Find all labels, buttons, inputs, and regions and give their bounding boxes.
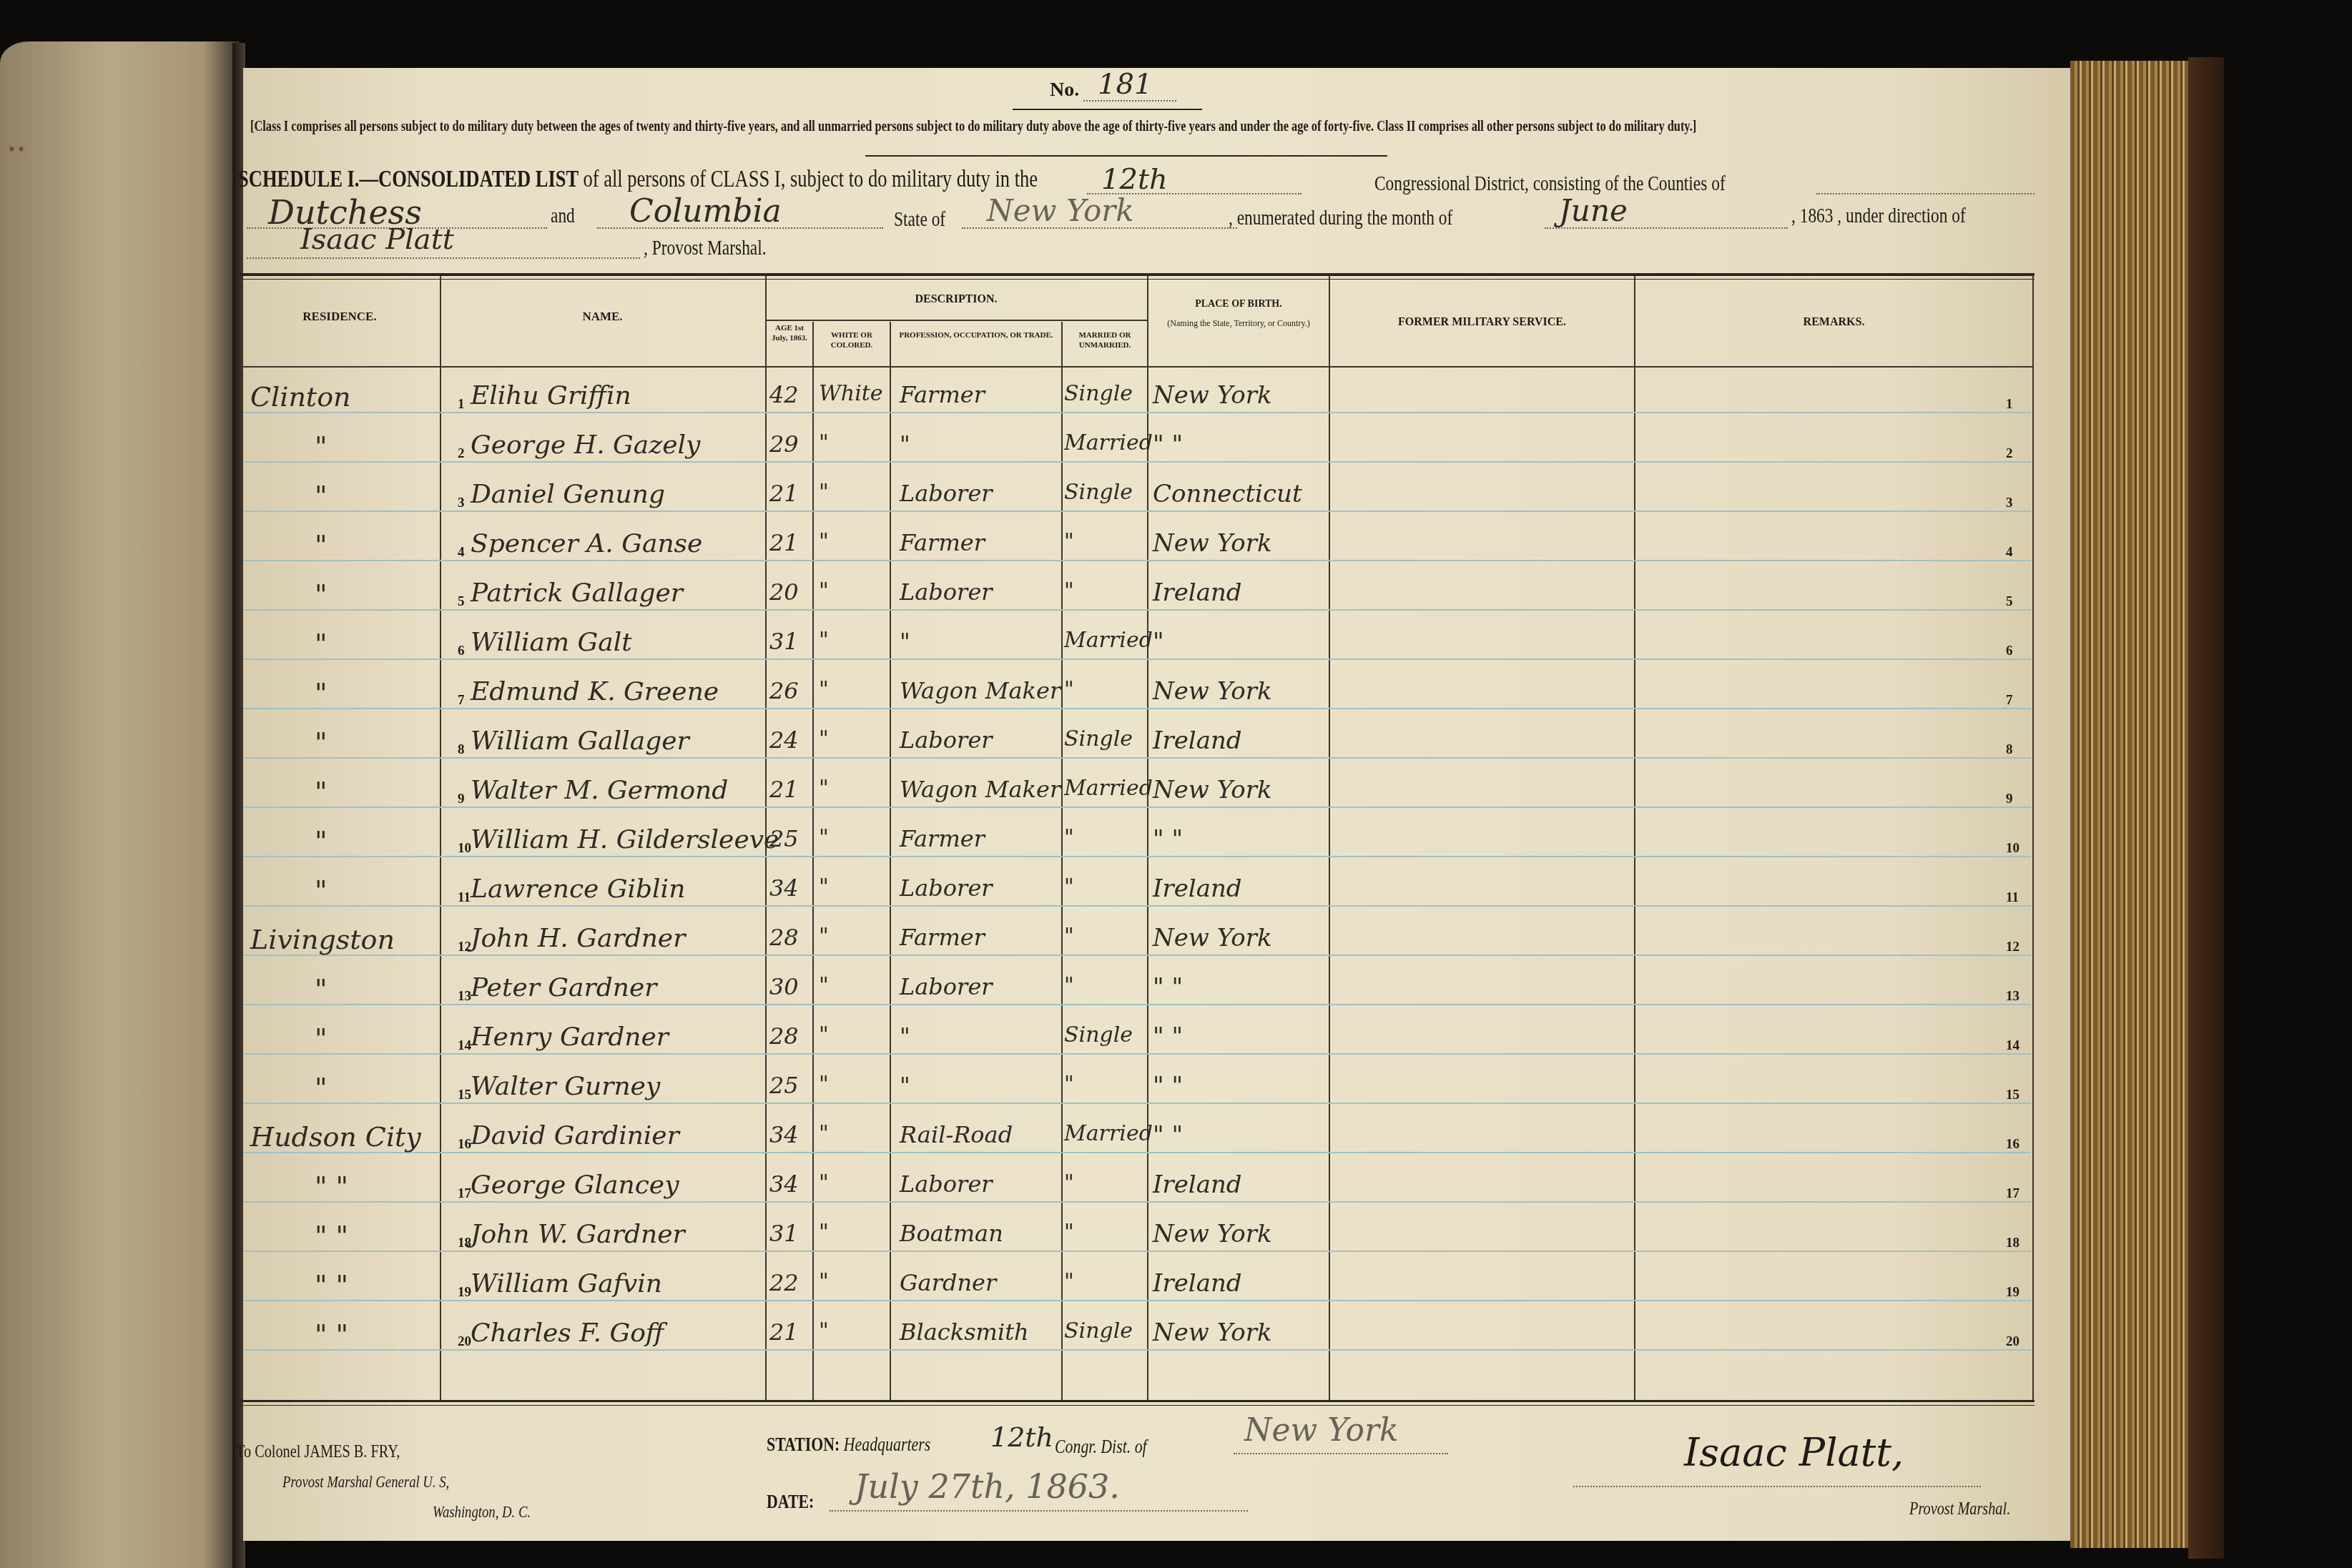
name-cell: David Gardinier <box>471 1121 679 1150</box>
station-line: STATION: Headquarters <box>767 1434 930 1456</box>
name-cell: William Gafvin <box>471 1269 662 1298</box>
residence-cell: " <box>315 529 327 561</box>
row-number-right: 18 <box>2006 1236 2019 1251</box>
header-bottom-rule <box>240 366 2032 368</box>
name-cell: Charles F. Goff <box>471 1318 664 1348</box>
row-number-right: 20 <box>2006 1334 2019 1350</box>
row-number: 15 <box>458 1088 471 1103</box>
district-text: Congressional District, consisting of th… <box>1374 172 1726 196</box>
married-cell: Single <box>1064 1318 1133 1343</box>
row-number: 11 <box>458 890 471 906</box>
col-line <box>1061 322 1063 1400</box>
color-cell: " <box>819 1269 829 1294</box>
row-number-right: 7 <box>2006 693 2013 709</box>
enumerated-text: , enumerated during the month of <box>1229 206 1452 230</box>
ruled-line <box>243 461 2031 463</box>
married-cell: Single <box>1064 726 1133 751</box>
age-cell: 34 <box>769 874 799 902</box>
residence-cell: " <box>315 480 327 511</box>
name-cell: Walter Gurney <box>471 1072 660 1101</box>
married-cell: " <box>1064 1220 1074 1245</box>
ruled-line <box>243 560 2031 561</box>
married-cell: " <box>1064 1072 1074 1097</box>
color-cell: " <box>819 874 829 899</box>
header-age: AGE 1st July, 1863. <box>767 323 812 343</box>
profession-cell: Farmer <box>900 529 985 556</box>
name-cell: Daniel Genung <box>471 480 665 509</box>
married-cell: " <box>1064 825 1074 850</box>
age-cell: 21 <box>769 1318 799 1346</box>
married-cell: Married <box>1064 1121 1153 1146</box>
name-cell: Lawrence Giblin <box>471 874 685 904</box>
profession-cell: Rail-Road <box>900 1121 1013 1148</box>
residence-cell: " <box>315 1022 327 1054</box>
row-number-right: 3 <box>2006 495 2013 511</box>
row-number: 10 <box>458 841 471 857</box>
residence-cell: " " <box>315 1170 348 1202</box>
district-value: 12th <box>1101 163 1168 196</box>
row-number: 4 <box>458 545 465 561</box>
document-number: 181 <box>1098 68 1152 101</box>
age-cell: 21 <box>769 529 799 556</box>
residence-cell: " <box>315 1072 327 1103</box>
age-cell: 31 <box>769 1220 799 1247</box>
birth-cell: " " <box>1153 1072 1183 1100</box>
row-number-right: 1 <box>2006 397 2013 413</box>
birth-cell: New York <box>1153 677 1272 706</box>
row-number: 17 <box>458 1186 471 1202</box>
color-cell: White <box>819 381 883 406</box>
col-line <box>812 322 814 1400</box>
married-cell: Single <box>1064 1022 1133 1047</box>
birth-cell: New York <box>1153 381 1272 410</box>
col-line <box>440 276 441 1400</box>
age-cell: 28 <box>769 1022 799 1050</box>
title-rule <box>865 155 1387 157</box>
residence-cell: " <box>315 776 327 807</box>
col-line <box>890 322 891 1400</box>
married-cell: Married <box>1064 776 1153 801</box>
and-label: and <box>551 204 575 228</box>
marshal-underline <box>247 257 640 259</box>
schedule-title-text: SCHEDULE I.—CONSOLIDATED LIST <box>238 166 579 192</box>
header-birth-sub: (Naming the State, Territory, or Country… <box>1156 318 1322 329</box>
color-cell: " <box>819 825 829 850</box>
marshal-suffix: , Provost Marshal. <box>644 236 767 260</box>
birth-cell: " " <box>1153 825 1183 854</box>
name-cell: George H. Gazely <box>471 430 700 460</box>
row-number: 2 <box>458 446 465 462</box>
row-number-right: 13 <box>2006 989 2019 1005</box>
age-cell: 28 <box>769 924 799 951</box>
age-cell: 30 <box>769 973 799 1000</box>
table-bottom-rule-2 <box>240 1405 2034 1406</box>
color-cell: " <box>819 924 829 949</box>
color-cell: " <box>819 677 829 702</box>
residence-cell: " <box>315 677 327 709</box>
row-number-right: 15 <box>2006 1088 2019 1103</box>
header-former-service: FORMER MILITARY SERVICE. <box>1330 316 1634 329</box>
married-cell: " <box>1064 677 1074 702</box>
signature-underline <box>1573 1486 1981 1487</box>
name-cell: John W. Gardner <box>471 1220 685 1249</box>
birth-cell: Ireland <box>1153 1269 1242 1298</box>
married-cell: " <box>1064 973 1074 998</box>
header-birth: PLACE OF BIRTH. <box>1148 299 1329 310</box>
married-cell: Single <box>1064 381 1133 406</box>
col-line <box>1329 276 1330 1400</box>
married-cell: Married <box>1064 628 1153 653</box>
month-value: June <box>1559 193 1628 228</box>
name-cell: Spencer A. Ganse <box>471 529 702 558</box>
profession-cell: " <box>900 628 910 655</box>
residence-cell: " <box>315 825 327 857</box>
color-cell: " <box>819 529 829 554</box>
color-cell: " <box>819 578 829 603</box>
row-number-right: 4 <box>2006 545 2013 561</box>
profession-cell: Laborer <box>900 726 993 754</box>
profession-cell: Laborer <box>900 973 993 1000</box>
birth-cell: " " <box>1153 430 1183 459</box>
residence-cell: " <box>315 628 327 659</box>
ruled-line <box>243 609 2031 611</box>
name-cell: William Galt <box>471 628 632 657</box>
signature-title: Provost Marshal. <box>1909 1498 2010 1519</box>
name-cell: Walter M. Germond <box>471 776 728 805</box>
ruled-line <box>243 757 2031 759</box>
profession-cell: Wagon Maker <box>900 677 1061 704</box>
table-top-rule-2 <box>240 279 2034 280</box>
col-line <box>1634 276 1635 1400</box>
year-text: , 1863 , under direction of <box>1791 204 1966 228</box>
color-cell: " <box>819 1022 829 1047</box>
row-number: 1 <box>458 397 465 413</box>
profession-cell: Laborer <box>900 1170 993 1198</box>
residence-cell: Livingston <box>250 924 395 955</box>
state-value: New York <box>987 193 1134 228</box>
color-cell: " <box>819 1220 829 1245</box>
married-cell: " <box>1064 1170 1074 1195</box>
name-cell: William H. Gildersleeve <box>471 825 779 854</box>
color-cell: " <box>819 480 829 505</box>
color-cell: " <box>819 726 829 751</box>
marshal-name: Isaac Platt <box>300 223 454 256</box>
row-number-right: 17 <box>2006 1186 2019 1202</box>
birth-cell: " <box>1153 628 1164 656</box>
left-page: •• <box>0 41 240 1568</box>
row-number-right: 6 <box>2006 644 2013 659</box>
row-number: 12 <box>458 940 471 955</box>
profession-cell: Laborer <box>900 874 993 902</box>
row-number: 3 <box>458 495 465 511</box>
birth-cell: New York <box>1153 529 1272 558</box>
age-cell: 42 <box>769 381 799 408</box>
color-cell: " <box>819 1121 829 1146</box>
counties-underline <box>1816 193 2034 194</box>
color-cell: " <box>819 628 829 653</box>
row-number: 20 <box>458 1334 471 1350</box>
station-mid: Congr. Dist. of <box>1055 1436 1147 1459</box>
ruled-line <box>243 659 2031 660</box>
age-cell: 25 <box>769 1072 799 1099</box>
row-number: 8 <box>458 742 465 758</box>
ruled-line <box>243 1201 2031 1203</box>
row-number-right: 10 <box>2006 841 2019 857</box>
ruled-line <box>243 807 2031 808</box>
county-2-underline <box>597 227 883 229</box>
state-underline <box>962 227 1237 229</box>
birth-cell: " " <box>1153 1121 1183 1150</box>
header-married: MARRIED OR UNMARRIED. <box>1063 330 1147 350</box>
ruled-line <box>243 1300 2031 1301</box>
ruled-line <box>243 905 2031 907</box>
residence-cell: " <box>315 430 327 462</box>
ruled-line <box>243 1152 2031 1153</box>
color-cell: " <box>819 1318 829 1343</box>
married-cell: " <box>1064 578 1074 603</box>
station-underline <box>1234 1453 1448 1454</box>
station-label: STATION: <box>767 1434 840 1456</box>
birth-cell: Connecticut <box>1153 480 1302 508</box>
row-number: 16 <box>458 1137 471 1153</box>
month-underline <box>1545 227 1788 229</box>
name-cell: John H. Gardner <box>471 924 685 953</box>
age-cell: 34 <box>769 1121 799 1148</box>
row-number: 6 <box>458 644 465 659</box>
profession-cell: Farmer <box>900 825 985 852</box>
profession-cell: " <box>900 430 910 458</box>
age-cell: 31 <box>769 628 799 655</box>
to-line-3: Washington, D. C. <box>433 1503 531 1522</box>
residence-cell: " " <box>315 1220 348 1251</box>
ruled-line <box>243 1004 2031 1005</box>
document-number-label: No. <box>1050 79 1079 102</box>
name-cell: Elihu Griffin <box>471 381 631 410</box>
birth-cell: Ireland <box>1153 874 1242 903</box>
profession-cell: Farmer <box>900 381 985 408</box>
age-cell: 34 <box>769 1170 799 1198</box>
name-cell: Edmund K. Greene <box>471 677 719 706</box>
married-cell: " <box>1064 924 1074 949</box>
color-cell: " <box>819 1072 829 1097</box>
residence-cell: " " <box>315 1269 348 1301</box>
name-cell: George Glancey <box>471 1170 679 1200</box>
to-line-2: Provost Marshal General U. S, <box>282 1473 449 1492</box>
county-2: Columbia <box>629 193 782 230</box>
age-cell: 21 <box>769 480 799 507</box>
date-value: July 27th, 1863. <box>855 1467 1120 1506</box>
header-residence: RESIDENCE. <box>240 310 440 324</box>
residence-cell: " <box>315 578 327 610</box>
station-state: New York <box>1244 1412 1399 1449</box>
age-cell: 24 <box>769 726 799 754</box>
birth-cell: " " <box>1153 1022 1183 1051</box>
row-number-right: 14 <box>2006 1038 2019 1054</box>
schedule-title: SCHEDULE I.—CONSOLIDATED LIST of all per… <box>238 166 1038 193</box>
row-number: 18 <box>458 1236 471 1251</box>
age-cell: 21 <box>769 776 799 803</box>
ruled-line <box>243 708 2031 709</box>
color-cell: " <box>819 430 829 455</box>
age-cell: 29 <box>769 430 799 458</box>
color-cell: " <box>819 776 829 801</box>
married-cell: Single <box>1064 480 1133 505</box>
name-cell: Patrick Gallager <box>471 578 683 608</box>
ruled-line <box>243 412 2031 413</box>
row-number-right: 11 <box>2006 890 2019 906</box>
row-number: 7 <box>458 693 465 709</box>
residence-cell: " <box>315 874 327 906</box>
date-label: DATE: <box>767 1491 814 1514</box>
name-cell: Peter Gardner <box>471 973 657 1002</box>
table-bottom-rule <box>240 1400 2034 1402</box>
profession-cell: Boatman <box>900 1220 1003 1247</box>
row-number-right: 2 <box>2006 446 2013 462</box>
row-number-right: 19 <box>2006 1285 2019 1301</box>
birth-cell: Ireland <box>1153 1170 1242 1199</box>
ruled-line <box>243 1251 2031 1252</box>
age-cell: 20 <box>769 578 799 606</box>
header-white-colored: WHITE OR COLORED. <box>814 330 890 350</box>
profession-cell: " <box>900 1022 910 1050</box>
married-cell: " <box>1064 1269 1074 1294</box>
name-cell: Henry Gardner <box>471 1022 669 1052</box>
book-cover <box>2188 57 2224 1559</box>
profession-cell: Blacksmith <box>900 1318 1029 1346</box>
color-cell: " <box>819 973 829 998</box>
birth-cell: New York <box>1153 776 1272 804</box>
row-number: 13 <box>458 989 471 1005</box>
profession-cell: Gardner <box>900 1269 996 1296</box>
age-cell: 26 <box>769 677 799 704</box>
profession-cell: Farmer <box>900 924 985 951</box>
residence-cell: " <box>315 726 327 758</box>
row-number-right: 12 <box>2006 940 2019 955</box>
table-top-rule <box>240 273 2034 276</box>
signature: Isaac Platt, <box>1684 1430 1904 1475</box>
residence-cell: " <box>315 973 327 1005</box>
ruled-line <box>243 1103 2031 1104</box>
profession-cell: " <box>900 1072 910 1099</box>
married-cell: " <box>1064 529 1074 554</box>
date-underline <box>830 1510 1248 1512</box>
color-cell: " <box>819 1170 829 1195</box>
row-number: 9 <box>458 792 465 807</box>
station-district: 12th <box>990 1421 1053 1453</box>
row-number: 19 <box>458 1285 471 1301</box>
description-subrule <box>767 320 1147 321</box>
state-label: State of <box>894 207 945 232</box>
header-name: NAME. <box>440 310 765 324</box>
profession-cell: Laborer <box>900 578 993 606</box>
birth-cell: Ireland <box>1153 726 1242 755</box>
married-cell: Married <box>1064 430 1153 455</box>
profession-cell: Laborer <box>900 480 993 507</box>
to-line-1: To Colonel JAMES B. FRY, <box>236 1441 400 1462</box>
age-cell: 22 <box>769 1269 799 1296</box>
class-note: [Class I comprises all persons subject t… <box>250 117 1696 135</box>
profession-cell: Wagon Maker <box>900 776 1061 803</box>
birth-cell: " " <box>1153 973 1183 1002</box>
row-number-right: 8 <box>2006 742 2013 758</box>
header-description: DESCRIPTION. <box>765 293 1147 306</box>
ruled-line <box>243 856 2031 857</box>
ruled-line <box>243 1349 2031 1351</box>
header-profession: PROFESSION, OCCUPATION, OR TRADE. <box>891 330 1061 340</box>
row-number: 5 <box>458 594 465 610</box>
row-number-right: 5 <box>2006 594 2013 610</box>
header-remarks: REMARKS. <box>1635 316 2032 329</box>
ink-mark: •• <box>7 142 26 159</box>
row-number-right: 9 <box>2006 792 2013 807</box>
schedule-text: of all persons of CLASS I, subject to do… <box>583 166 1038 192</box>
row-number-right: 16 <box>2006 1137 2019 1153</box>
name-cell: William Gallager <box>471 726 689 756</box>
row-number: 14 <box>458 1038 471 1054</box>
birth-cell: New York <box>1153 1318 1272 1347</box>
ruled-line <box>243 511 2031 512</box>
birth-cell: New York <box>1153 924 1272 952</box>
birth-cell: New York <box>1153 1220 1272 1248</box>
residence-cell: " " <box>315 1318 348 1350</box>
birth-cell: Ireland <box>1153 578 1242 607</box>
station-prefix: Headquarters <box>844 1434 930 1456</box>
age-cell: 25 <box>769 825 799 852</box>
number-rule <box>1013 109 1202 110</box>
page-edges <box>2070 61 2192 1548</box>
ruled-line <box>243 955 2031 956</box>
ruled-line <box>243 1053 2031 1055</box>
col-line <box>2032 276 2034 1400</box>
married-cell: " <box>1064 874 1074 899</box>
residence-cell: Hudson City <box>250 1121 421 1153</box>
residence-cell: Clinton <box>250 381 350 413</box>
